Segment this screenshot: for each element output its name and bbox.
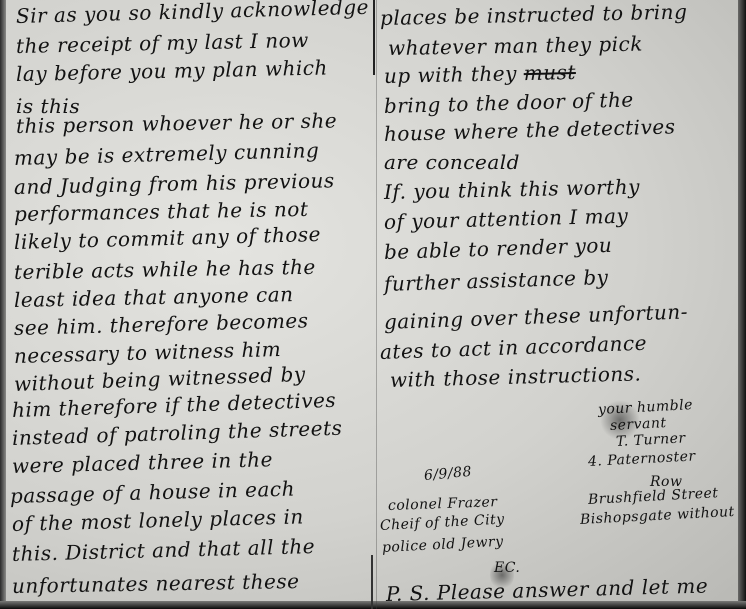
letter-line: with those instructions. xyxy=(390,361,642,392)
letter-line: are conceald xyxy=(384,150,520,174)
letter-page: Sir as you so kindly acknowledge the rec… xyxy=(0,0,746,609)
letter-line: instead of patroling the streets xyxy=(12,416,343,450)
line-text: up with they xyxy=(384,61,524,88)
letter-line: whatever man they pick xyxy=(388,32,643,60)
letter-line: passage of a house in each xyxy=(10,477,296,508)
letter-line: of your attention I may xyxy=(384,204,629,234)
letter-line: likely to commit any of those xyxy=(14,222,322,254)
column-divider-bottom xyxy=(371,555,373,609)
letter-line: and Judging from his previous xyxy=(14,168,335,199)
letter-line: performances that he is not xyxy=(14,197,309,226)
letter-line: may be is extremely cunning xyxy=(14,138,320,170)
letter-line: If. you think this worthy xyxy=(384,175,640,204)
letter-line: up with they must xyxy=(384,60,576,88)
page-right-edge xyxy=(738,0,746,609)
addressee-line: EC. xyxy=(494,560,520,576)
address-line: Bishopsgate without xyxy=(580,504,736,528)
letter-line: the receipt of my last I now xyxy=(16,28,309,58)
letter-line: of the most lonely places in xyxy=(12,504,304,536)
addressee-line: police old Jewry xyxy=(382,534,504,556)
letter-date: 6/9/88 xyxy=(423,464,472,484)
letter-line: house where the detectives xyxy=(384,114,676,146)
letter-line: were placed three in the xyxy=(12,447,273,478)
letter-line: lay before you my plan which xyxy=(16,55,328,86)
address-line: 4. Paternoster xyxy=(588,448,696,470)
letter-line: further assistance by xyxy=(384,265,609,296)
letter-line: bring to the door of the xyxy=(384,87,634,118)
letter-line: places be instructed to bring xyxy=(380,0,688,30)
addressee-line: Cheif of the City xyxy=(380,511,505,534)
letter-line: terible acts while he has the xyxy=(14,255,316,284)
addressee-line: colonel Frazer xyxy=(388,494,498,514)
letter-line: unfortunates nearest these xyxy=(12,569,300,598)
struck-word: must xyxy=(523,60,576,85)
signatory-name: T. Turner xyxy=(616,430,686,450)
letter-line: ates to act in accordance xyxy=(380,331,648,364)
letter-line: be able to render you xyxy=(384,233,613,264)
column-divider-top xyxy=(373,0,375,75)
letter-line: this person whoever he or she xyxy=(16,108,337,138)
closing: your humble xyxy=(598,397,694,418)
letter-line: least idea that anyone can xyxy=(14,282,294,312)
address-line: Brushfield Street xyxy=(588,485,719,508)
page-fold xyxy=(376,0,377,609)
page-bottom-edge xyxy=(0,601,746,609)
letter-line: Sir as you so kindly acknowledge xyxy=(16,0,370,28)
page-left-edge xyxy=(0,0,6,609)
letter-line: gaining over these unfortun- xyxy=(384,299,689,334)
letter-line: this. District and that all the xyxy=(12,534,316,566)
letter-line: see him. therefore becomes xyxy=(14,308,309,340)
